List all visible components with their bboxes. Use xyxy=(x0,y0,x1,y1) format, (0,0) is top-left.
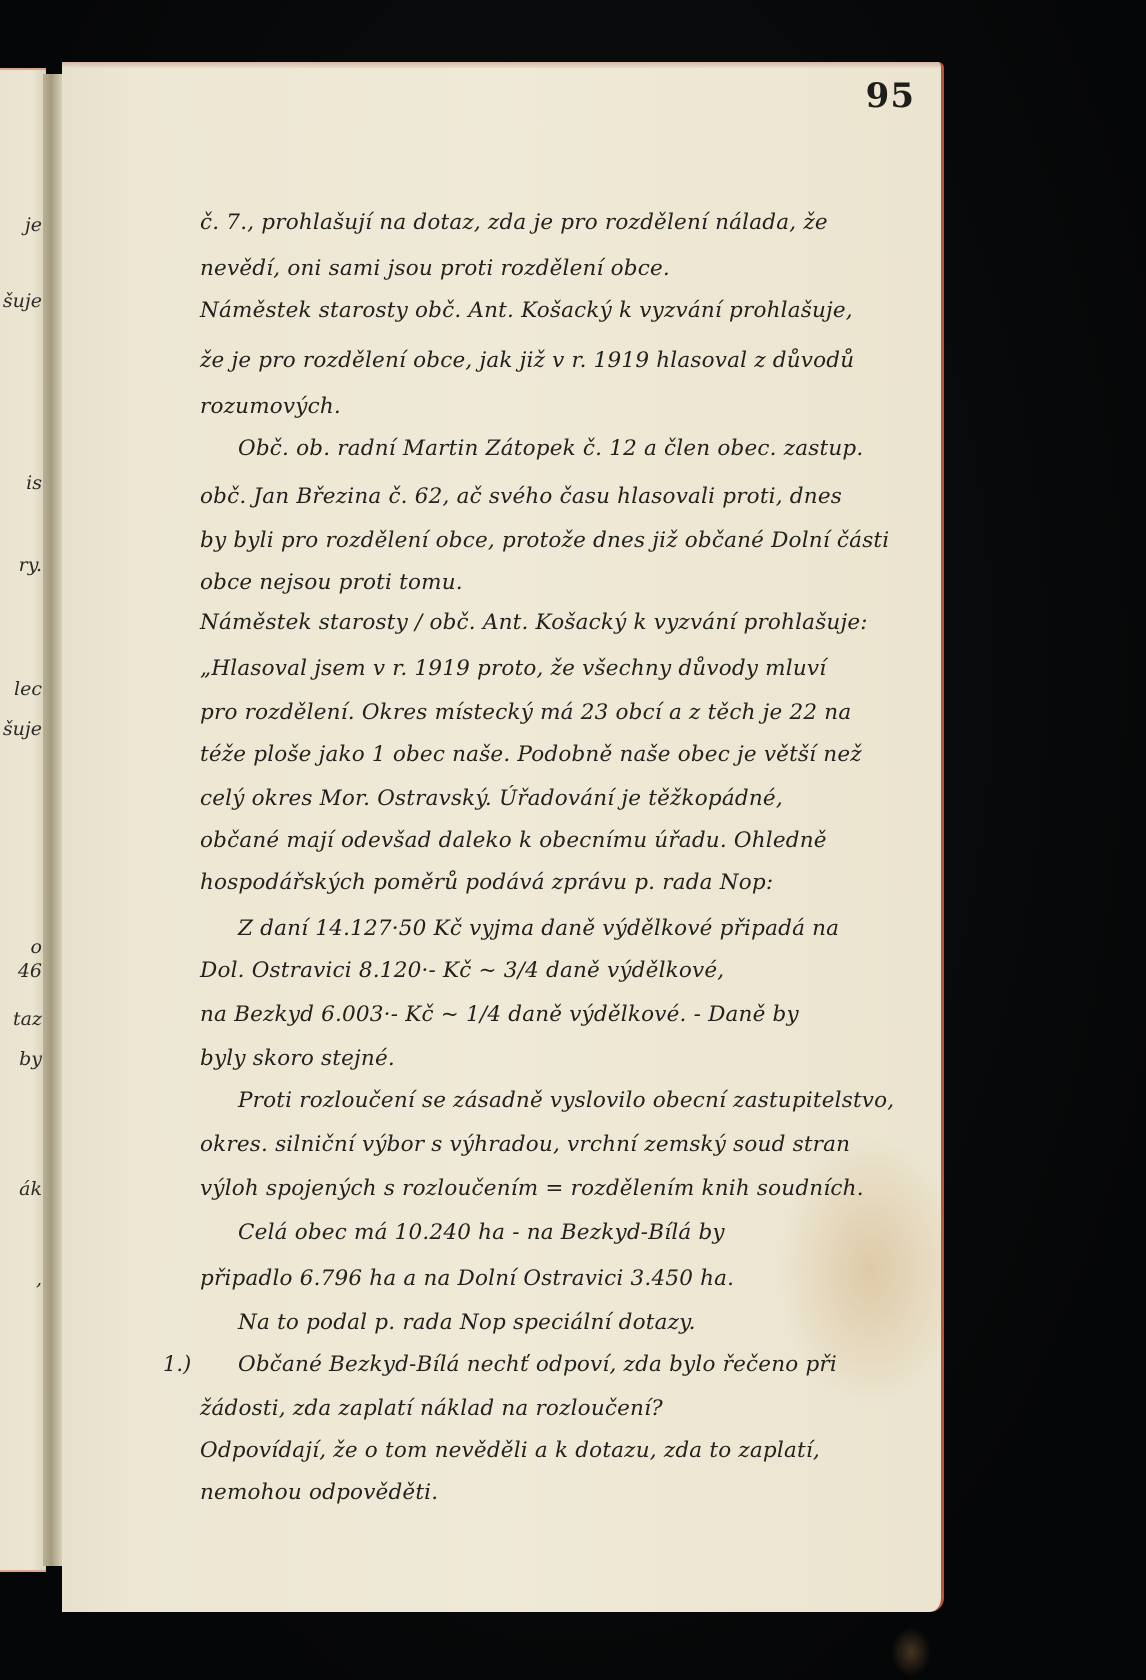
manuscript-line: celý okres Mor. Ostravský. Úřadování je … xyxy=(200,786,783,811)
previous-page-edge: ješujeisry.lecšujeo46tazbyák, xyxy=(0,68,46,1572)
manuscript-line: že je pro rozdělení obce, jak již v r. 1… xyxy=(200,348,854,373)
paper-stain xyxy=(891,1627,931,1677)
manuscript-line: Náměstek starosty / obč. Ant. Košacký k … xyxy=(200,610,868,635)
manuscript-line: č. 7., prohlašují na dotaz, zda je pro r… xyxy=(200,210,828,235)
manuscript-line: výloh spojených s rozloučením = rozdělen… xyxy=(200,1176,864,1201)
manuscript-page: 95 č. 7., prohlašují na dotaz, zda je pr… xyxy=(62,62,944,1612)
manuscript-line: Celá obec má 10.240 ha - na Bezkyd-Bílá … xyxy=(238,1220,725,1245)
manuscript-line: okres. silniční výbor s výhradou, vrchní… xyxy=(200,1132,850,1157)
manuscript-line: hospodářských poměrů podává zprávu p. ra… xyxy=(200,870,773,895)
manuscript-line: Občané Bezkyd-Bílá nechť odpoví, zda byl… xyxy=(238,1352,837,1377)
manuscript-line: připadlo 6.796 ha a na Dolní Ostravici 3… xyxy=(200,1266,734,1291)
manuscript-line: Z daní 14.127·50 Kč vyjma daně výdělkové… xyxy=(238,916,839,941)
manuscript-line: Odpovídají, že o tom nevěděli a k dotazu… xyxy=(200,1438,820,1463)
page-top-edge xyxy=(62,62,941,68)
previous-page-text-fragment: lec xyxy=(14,678,42,700)
manuscript-line: nevědí, oni sami jsou proti rozdělení ob… xyxy=(200,256,670,281)
manuscript-line: Obč. ob. radní Martin Zátopek č. 12 a čl… xyxy=(238,436,863,461)
previous-page-text-fragment: ry. xyxy=(19,554,42,576)
previous-page-text-fragment: 46 xyxy=(18,960,42,982)
manuscript-line: občané mají odevšad daleko k obecnímu úř… xyxy=(200,828,827,853)
previous-page-text-fragment: is xyxy=(26,472,42,494)
previous-page-text-fragment: o xyxy=(31,936,42,958)
previous-page-text-fragment: šuje xyxy=(3,718,42,740)
list-number-marker: 1.) xyxy=(163,1352,191,1376)
manuscript-line: byly skoro stejné. xyxy=(200,1046,395,1071)
manuscript-line: pro rozdělení. Okres místecký má 23 obcí… xyxy=(200,700,851,725)
manuscript-line: Dol. Ostravici 8.120·- Kč ~ 3/4 daně výd… xyxy=(200,958,724,983)
previous-page-text-fragment: šuje xyxy=(3,290,42,312)
manuscript-line: by byli pro rozdělení obce, protože dnes… xyxy=(200,528,889,553)
previous-page-text-fragment: ák xyxy=(19,1178,42,1200)
manuscript-line: rozumových. xyxy=(200,394,341,419)
manuscript-line: obce nejsou proti tomu. xyxy=(200,570,463,595)
manuscript-line: Náměstek starosty obč. Ant. Košacký k vy… xyxy=(200,298,853,323)
previous-page-text-fragment: taz xyxy=(13,1008,42,1030)
page-number: 95 xyxy=(866,76,915,116)
previous-page-text-fragment: je xyxy=(25,214,42,236)
manuscript-line: Proti rozloučení se zásadně vyslovilo ob… xyxy=(238,1088,894,1113)
manuscript-line: žádosti, zda zaplatí náklad na rozloučen… xyxy=(200,1396,663,1421)
manuscript-line: nemohou odpověděti. xyxy=(200,1480,438,1505)
manuscript-line: „Hlasoval jsem v r. 1919 proto, že všech… xyxy=(200,656,826,681)
manuscript-line: Na to podal p. rada Nop speciální dotazy… xyxy=(238,1310,696,1335)
manuscript-line: obč. Jan Březina č. 62, ač svého času hl… xyxy=(200,484,842,509)
manuscript-line: téže ploše jako 1 obec naše. Podobně naš… xyxy=(200,742,862,767)
book-gutter xyxy=(43,74,63,1566)
manuscript-line: na Bezkyd 6.003·- Kč ~ 1/4 daně výdělkov… xyxy=(200,1002,799,1027)
previous-page-text-fragment: by xyxy=(19,1048,42,1070)
previous-page-text-fragment: , xyxy=(36,1268,42,1290)
